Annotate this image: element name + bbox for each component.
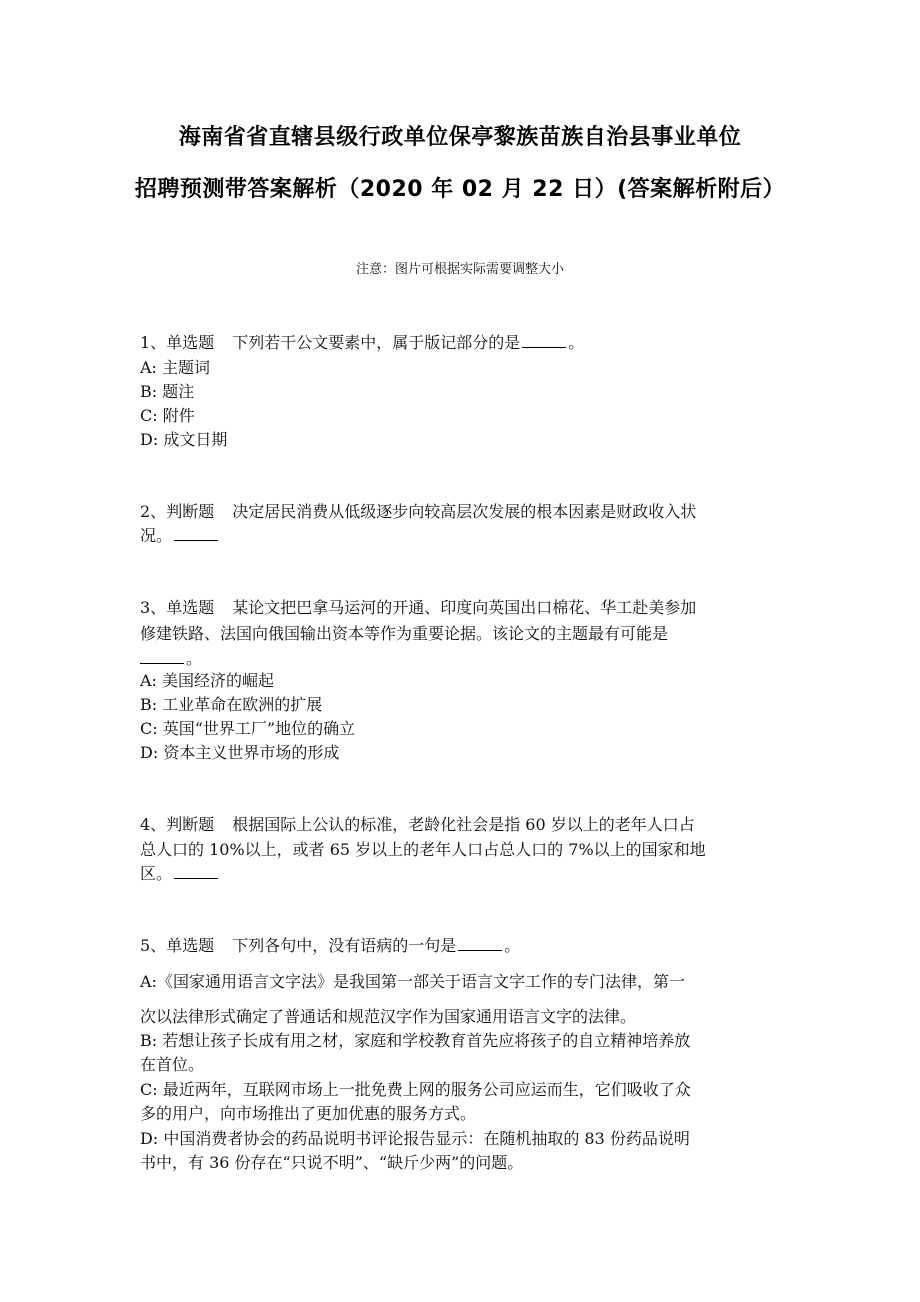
question-1-option-c: C: 附件 bbox=[140, 403, 195, 426]
question-text: 况。 bbox=[140, 526, 172, 545]
question-3-option-c: C: 英国“世界工厂”地位的确立 bbox=[140, 716, 355, 739]
question-3-option-a: A: 美国经济的崛起 bbox=[140, 668, 274, 691]
question-5-option-a-cont: 次以法律形式确定了普通话和规范汉字作为国家通用语言文字的法律。 bbox=[140, 1004, 636, 1027]
question-text: 修建铁路、法国向俄国输出资本等作为重要论据。该论文的主题最有可能是 bbox=[140, 624, 668, 643]
question-4-stem: 4、判断题根据国际上公认的标准，老龄化社会是指 60 岁以上的老年人口占 bbox=[140, 812, 695, 835]
question-number: 3、 bbox=[140, 598, 166, 617]
question-5-option-b: B: 若想让孩子长成有用之材，家庭和学校教育首先应将孩子的自立精神培养放 bbox=[140, 1028, 690, 1051]
option-text: 英国“世界工厂”地位的确立 bbox=[163, 719, 355, 738]
option-label: C: bbox=[140, 719, 158, 738]
question-text: 下列若干公文要素中，属于版记部分的是 bbox=[232, 333, 520, 352]
question-5-option-d-cont: 书中，有 36 份存在“只说不明”、“缺斤少两”的问题。 bbox=[140, 1150, 523, 1173]
option-text: 题注 bbox=[162, 382, 194, 401]
question-1-stem: 1、单选题下列若干公文要素中，属于版记部分的是。 bbox=[140, 330, 584, 353]
question-number: 2、 bbox=[140, 502, 166, 521]
question-text: 区。 bbox=[140, 864, 172, 883]
question-3-stem-cont: 修建铁路、法国向俄国输出资本等作为重要论据。该论文的主题最有可能是 bbox=[140, 621, 668, 644]
question-3-stem-end: 。 bbox=[140, 646, 202, 669]
question-3-stem: 3、单选题某论文把巴拿马运河的开通、印度向英国出口棉花、华工赴美参加 bbox=[140, 595, 696, 618]
question-1-option-b: B: 题注 bbox=[140, 379, 194, 402]
question-5-option-b-cont: 在首位。 bbox=[140, 1052, 204, 1075]
question-type: 单选题 bbox=[166, 333, 214, 352]
option-label: A: bbox=[140, 972, 157, 991]
notice-text: 注意：图片可根据实际需要调整大小 bbox=[0, 258, 920, 277]
option-text: 工业革命在欧洲的扩展 bbox=[162, 695, 322, 714]
question-2-stem-cont: 况。 bbox=[140, 523, 220, 546]
question-5-option-c-cont: 多的用户，向市场推出了更加优惠的服务方式。 bbox=[140, 1101, 476, 1124]
question-text: 总人口的 10%以上，或者 65 岁以上的老年人口占总人口的 7%以上的国家和地 bbox=[140, 840, 706, 859]
question-type: 判断题 bbox=[166, 815, 214, 834]
question-type: 单选题 bbox=[166, 936, 214, 955]
question-text: 下列各句中，没有语病的一句是 bbox=[232, 936, 456, 955]
question-1-option-d: D: 成文日期 bbox=[140, 427, 227, 450]
answer-blank bbox=[458, 936, 502, 951]
option-text: 在首位。 bbox=[140, 1055, 204, 1074]
option-label: D: bbox=[140, 743, 158, 762]
question-5-option-a: A:《国家通用语言文字法》是我国第一部关于语言文字工作的专门法律，第一 bbox=[140, 969, 685, 992]
question-4-stem-end: 区。 bbox=[140, 861, 220, 884]
option-text: 《国家通用语言文字法》是我国第一部关于语言文字工作的专门法律，第一 bbox=[157, 972, 685, 991]
option-text: 附件 bbox=[163, 406, 195, 425]
option-text: 成文日期 bbox=[163, 430, 227, 449]
option-label: B: bbox=[140, 1031, 157, 1050]
question-5-stem: 5、单选题下列各句中，没有语病的一句是。 bbox=[140, 933, 520, 956]
option-text: 美国经济的崛起 bbox=[162, 671, 274, 690]
question-5-option-d: D: 中国消费者协会的药品说明书评论报告显示：在随机抽取的 83 份药品说明 bbox=[140, 1126, 690, 1149]
question-4-stem-cont: 总人口的 10%以上，或者 65 岁以上的老年人口占总人口的 7%以上的国家和地 bbox=[140, 837, 706, 860]
option-text: 最近两年，互联网市场上一批免费上网的服务公司应运而生，它们吸收了众 bbox=[163, 1080, 691, 1099]
option-label: C: bbox=[140, 1080, 158, 1099]
punct: 。 bbox=[186, 649, 202, 668]
question-text: 根据国际上公认的标准，老龄化社会是指 60 岁以上的老年人口占 bbox=[232, 815, 695, 834]
question-number: 4、 bbox=[140, 815, 166, 834]
option-label: C: bbox=[140, 406, 158, 425]
option-text: 主题词 bbox=[162, 358, 210, 377]
punct: 。 bbox=[504, 936, 520, 955]
option-text: 次以法律形式确定了普通话和规范汉字作为国家通用语言文字的法律。 bbox=[140, 1007, 636, 1026]
question-text: 某论文把巴拿马运河的开通、印度向英国出口棉花、华工赴美参加 bbox=[232, 598, 696, 617]
answer-blank bbox=[174, 526, 218, 541]
option-text: 多的用户，向市场推出了更加优惠的服务方式。 bbox=[140, 1104, 476, 1123]
question-type: 单选题 bbox=[166, 598, 214, 617]
option-text: 若想让孩子长成有用之材，家庭和学校教育首先应将孩子的自立精神培养放 bbox=[162, 1031, 690, 1050]
question-text: 决定居民消费从低级逐步向较高层次发展的根本因素是财政收入状 bbox=[232, 502, 696, 521]
question-1-option-a: A: 主题词 bbox=[140, 355, 210, 378]
option-label: B: bbox=[140, 382, 157, 401]
question-3-option-d: D: 资本主义世界市场的形成 bbox=[140, 740, 339, 763]
answer-blank bbox=[174, 864, 218, 879]
option-text: 中国消费者协会的药品说明书评论报告显示：在随机抽取的 83 份药品说明 bbox=[163, 1129, 690, 1148]
question-2-stem: 2、判断题决定居民消费从低级逐步向较高层次发展的根本因素是财政收入状 bbox=[140, 499, 696, 522]
option-text: 资本主义世界市场的形成 bbox=[163, 743, 339, 762]
punct: 。 bbox=[568, 333, 584, 352]
question-number: 1、 bbox=[140, 333, 166, 352]
document-title-line2: 招聘预测带答案解析（2020 年 02 月 22 日）(答案解析附后） bbox=[0, 172, 920, 203]
answer-blank bbox=[140, 649, 184, 664]
question-5-option-c: C: 最近两年，互联网市场上一批免费上网的服务公司应运而生，它们吸收了众 bbox=[140, 1077, 691, 1100]
option-label: D: bbox=[140, 1129, 158, 1148]
question-3-option-b: B: 工业革命在欧洲的扩展 bbox=[140, 692, 322, 715]
question-number: 5、 bbox=[140, 936, 166, 955]
option-label: A: bbox=[140, 671, 157, 690]
option-label: A: bbox=[140, 358, 157, 377]
option-text: 书中，有 36 份存在“只说不明”、“缺斤少两”的问题。 bbox=[140, 1153, 523, 1172]
question-type: 判断题 bbox=[166, 502, 214, 521]
option-label: B: bbox=[140, 695, 157, 714]
answer-blank bbox=[522, 333, 566, 348]
option-label: D: bbox=[140, 430, 158, 449]
document-title-line1: 海南省省直辖县级行政单位保亭黎族苗族自治县事业单位 bbox=[0, 120, 920, 151]
